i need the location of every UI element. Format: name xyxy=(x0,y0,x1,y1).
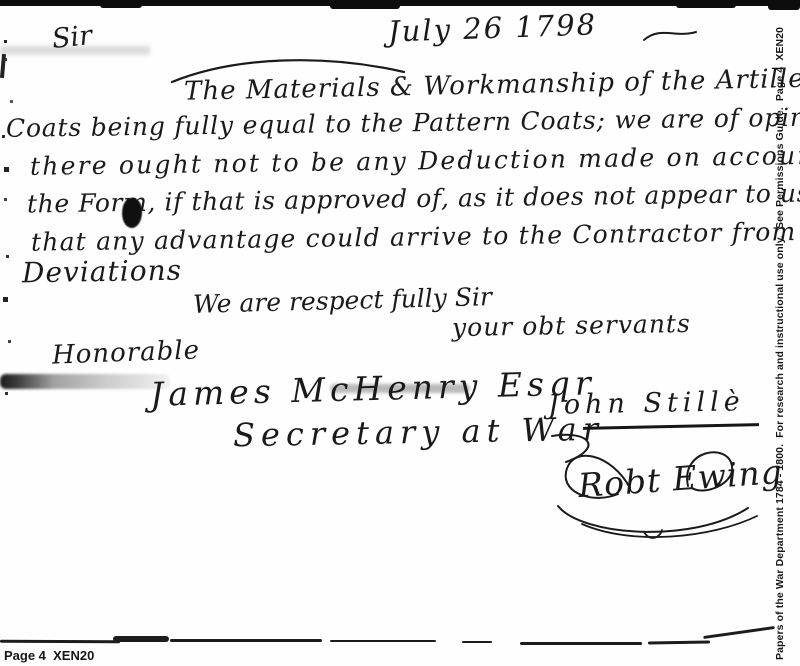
page-label: Page 4 XEN20 xyxy=(4,648,94,663)
scan-speckles xyxy=(4,40,7,43)
letter-line: Deviations xyxy=(22,257,182,288)
scan-top-edge-lump xyxy=(100,0,142,8)
archive-sidebar-note: Papers of the War Department 1784 - 1800… xyxy=(774,5,786,660)
scan-bottom-edge xyxy=(462,641,492,643)
scan-bottom-edge xyxy=(703,626,775,639)
salutation-text: Sir xyxy=(51,22,94,53)
scanned-letter-page: Sir July 26 1798 The Materials & Workman… xyxy=(0,0,800,666)
scan-bottom-edge xyxy=(0,640,120,644)
scan-smudge xyxy=(0,374,170,389)
scan-bottom-edge xyxy=(520,642,642,645)
signature-john-stille: John Stillè xyxy=(548,388,745,418)
closing-line: your obt servants xyxy=(452,311,691,340)
scan-top-edge-lump xyxy=(330,0,400,9)
closing-line: We are respect fully Sir xyxy=(193,284,492,317)
scan-bottom-edge xyxy=(113,636,169,642)
signature-underline xyxy=(583,423,759,429)
addressee-name: James McHenry Esqr xyxy=(150,366,597,411)
date-text: July 26 1798 xyxy=(388,10,598,46)
scan-bottom-edge xyxy=(330,640,436,642)
scan-bottom-edge xyxy=(648,640,710,644)
letter-line: Coats being fully equal to the Pattern C… xyxy=(6,104,800,141)
letter-line: there ought not to be any Deduction made… xyxy=(30,142,800,179)
scan-edge-mark xyxy=(0,54,6,78)
letter-line: the Form, if that is approved of, as it … xyxy=(27,181,800,217)
scan-top-edge-lump xyxy=(676,0,736,8)
pen-flourish-date xyxy=(642,24,700,46)
scan-bottom-edge xyxy=(170,639,322,642)
addressee-honorific: Honorable xyxy=(52,337,201,368)
letter-line: that any advantage could arrive to the C… xyxy=(31,218,800,254)
